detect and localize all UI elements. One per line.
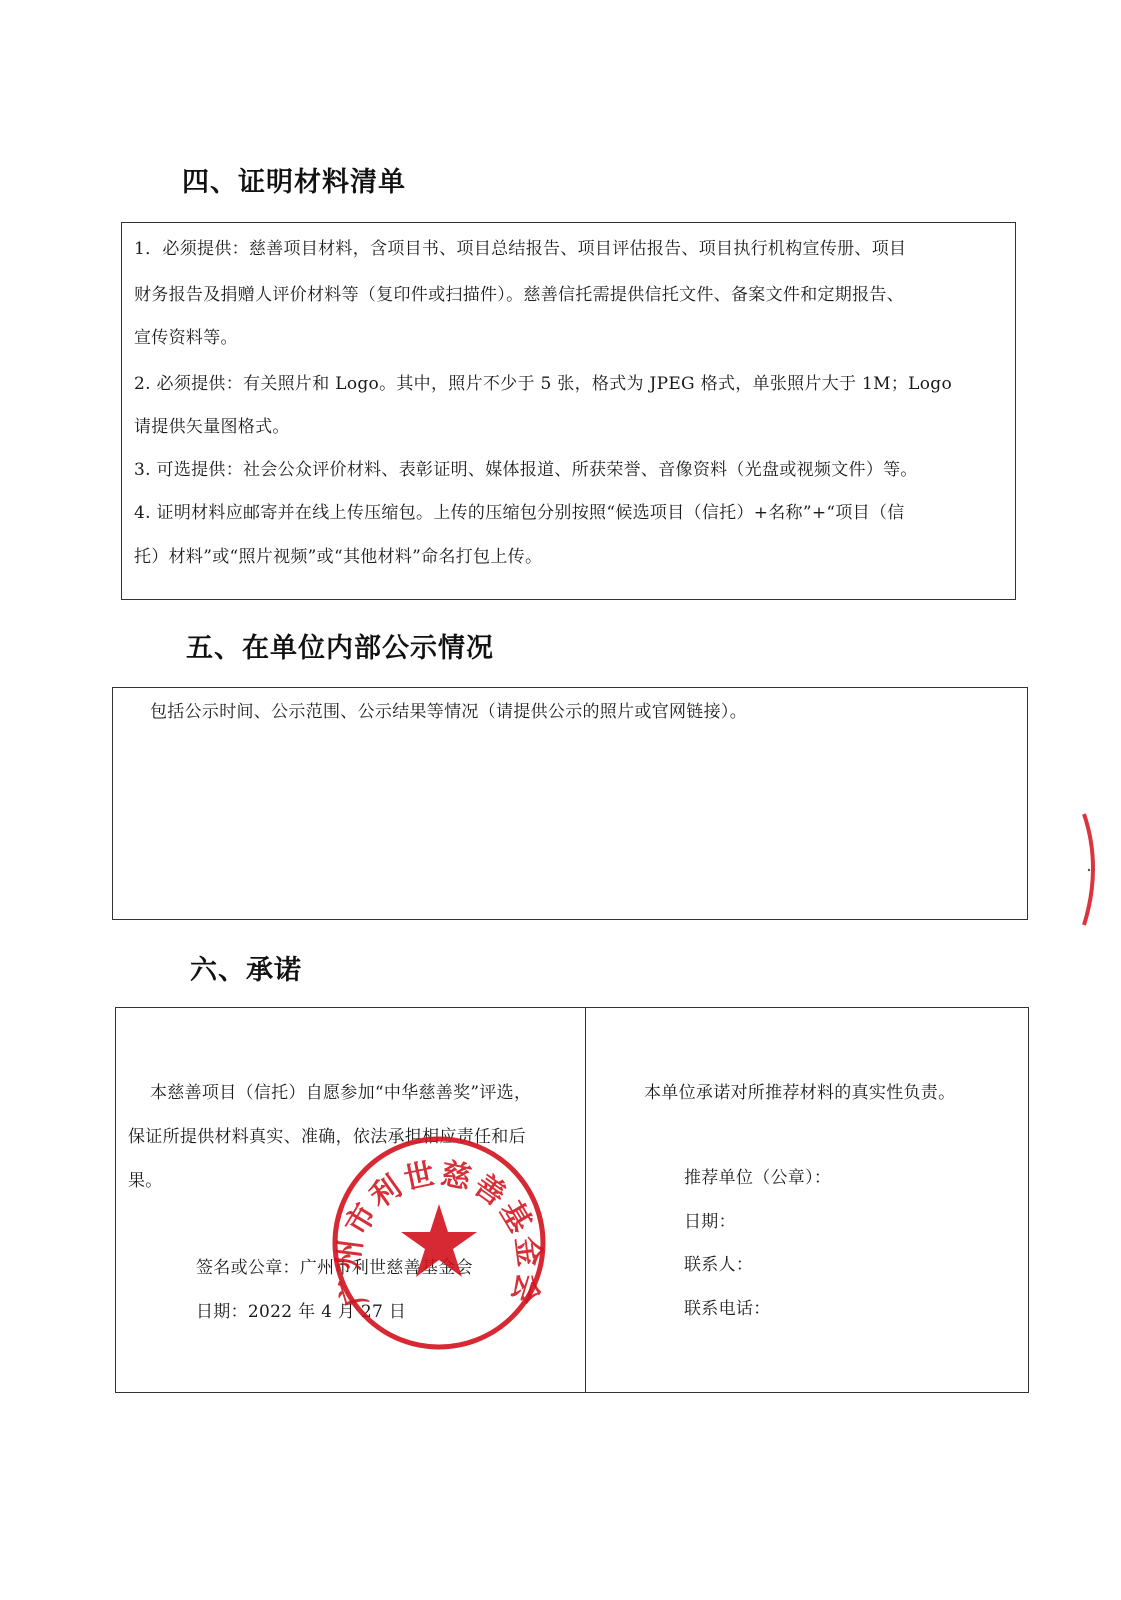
official-seal-stamp-icon: 广州市利世慈善基金会 bbox=[328, 1132, 550, 1354]
section-6-title: 六、承诺 bbox=[190, 948, 302, 987]
applicant-commitment-line-1: 本慈善项目（信托）自愿参加“中华慈善奖”评选， bbox=[150, 1078, 531, 1103]
contact-person-field: 联系人： bbox=[684, 1250, 753, 1275]
applicant-commitment-line-3: 果。 bbox=[128, 1166, 163, 1191]
commitment-table-divider bbox=[585, 1007, 586, 1393]
section-5-title: 五、在单位内部公示情况 bbox=[186, 626, 494, 665]
evidence-line-3: 宣传资料等。 bbox=[134, 323, 238, 348]
internal-publicity-note: 包括公示时间、公示范围、公示结果等情况（请提供公示的照片或官网链接）。 bbox=[150, 697, 747, 722]
evidence-line-1: 1．必须提供：慈善项目材料，含项目书、项目总结报告、项目评估报告、项目执行机构宣… bbox=[134, 234, 906, 259]
recommender-statement: 本单位承诺对所推荐材料的真实性负责。 bbox=[644, 1078, 955, 1103]
section-4-title: 四、证明材料清单 bbox=[182, 160, 406, 199]
recommender-date-field: 日期： bbox=[684, 1207, 736, 1232]
partial-seal-edge-mark-icon bbox=[1080, 812, 1110, 927]
commitment-table bbox=[115, 1007, 1029, 1393]
recommender-unit-field: 推荐单位（公章）： bbox=[684, 1163, 831, 1188]
evidence-line-7: 4. 证明材料应邮寄并在线上传压缩包。上传的压缩包分别按照“候选项目（信托）+名… bbox=[134, 498, 905, 523]
contact-phone-field: 联系电话： bbox=[684, 1294, 771, 1319]
evidence-line-4: 2. 必须提供：有关照片和 Logo。其中，照片不少于 5 张，格式为 JPEG… bbox=[134, 369, 952, 394]
evidence-line-8: 托）材料”或“照片视频”或“其他材料”命名打包上传。 bbox=[134, 542, 542, 567]
evidence-line-6: 3. 可选提供：社会公众评价材料、表彰证明、媒体报道、所获荣誉、音像资料（光盘或… bbox=[134, 455, 918, 480]
evidence-line-2: 财务报告及捐赠人评价材料等（复印件或扫描件）。慈善信托需提供信托文件、备案文件和… bbox=[134, 280, 904, 305]
evidence-line-5: 请提供矢量图格式。 bbox=[134, 412, 290, 437]
